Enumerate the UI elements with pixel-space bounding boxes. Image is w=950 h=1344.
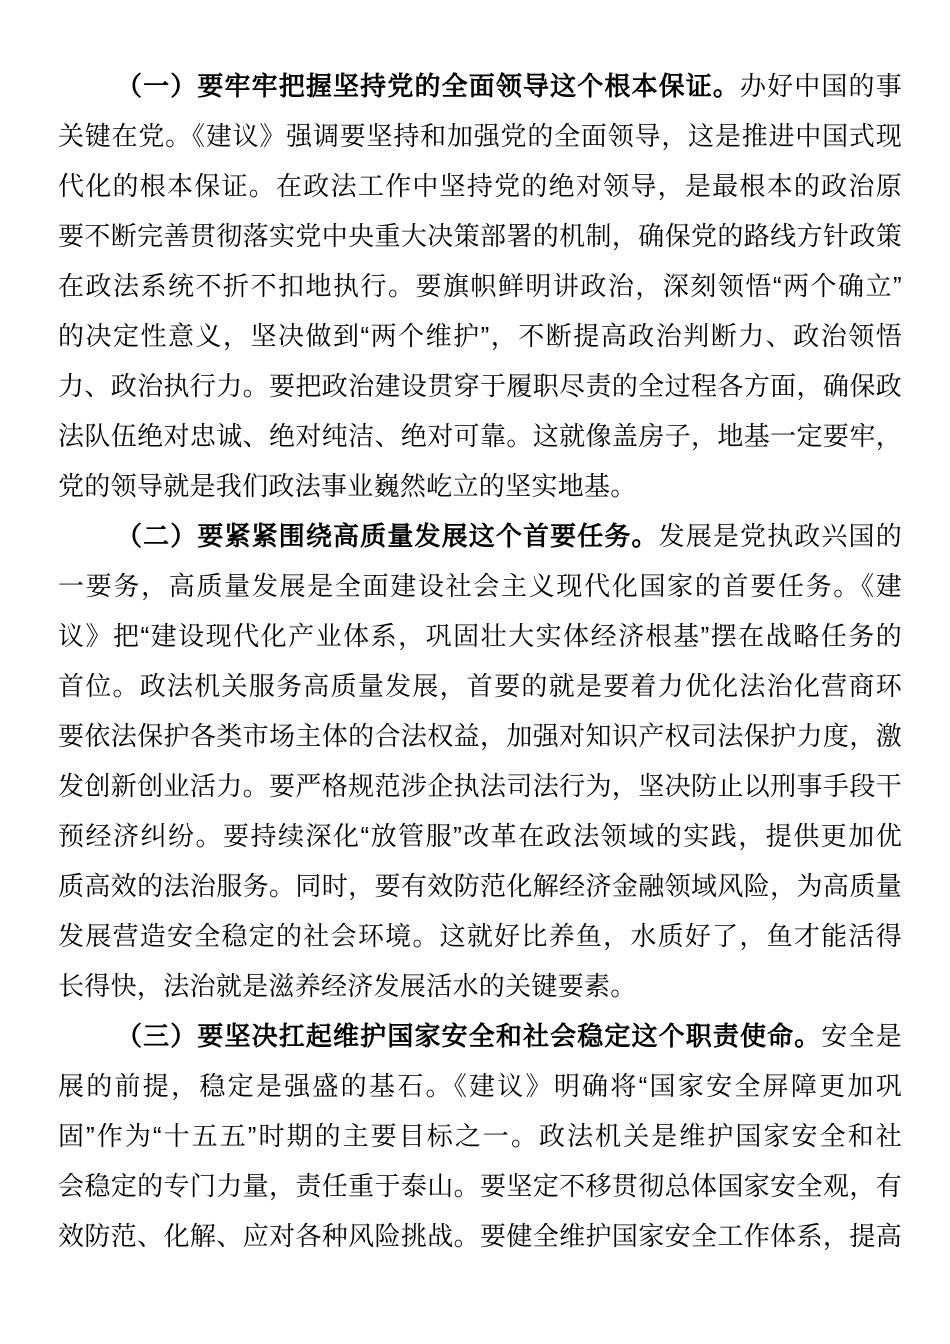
text-line: 预经济纠纷。要持续深化“放管服”改革在政法领域的实践，提供更加优 [58,811,902,861]
document-page: （一）要牢牢把握坚持党的全面领导这个根本保证。办好中国的事情，关键在党。《建议》… [0,0,950,1344]
text-line: 力、政治执行力。要把政治建设贯穿于履职尽责的全过程各方面，确保政 [58,361,902,411]
text-line: 代化的根本保证。在政法工作中坚持党的绝对领导，是最根本的政治原则。 [58,161,902,211]
paragraph-heading-text: （二）要紧紧围绕高质量发展这个首要任务。 [116,521,659,551]
body-text: 长得快，法治就是滋养经济发展活水的关键要素。 [58,971,637,1001]
body-text: 法队伍绝对忠诚、绝对纯洁、绝对可靠。这就像盖房子，地基一定要牢， [58,421,902,451]
body-text: 固”作为“十五五”时期的主要目标之一。政法机关是维护国家安全和社 [58,1121,902,1151]
text-line: 效防范、化解、应对各种风险挑战。要健全维护国家安全工作体系，提高 [58,1211,902,1261]
body-text: 要不断完善贯彻落实党中央重大决策部署的机制，确保党的路线方针政策 [58,221,902,251]
text-line: 要不断完善贯彻落实党中央重大决策部署的机制，确保党的路线方针政策 [58,211,902,261]
body-text: 一要务，高质量发展是全面建设社会主义现代化国家的首要任务。《建 [58,571,902,601]
paragraph-2: （二）要紧紧围绕高质量发展这个首要任务。发展是党执政兴国的第一要务，高质量发展是… [58,511,902,1011]
text-line: 长得快，法治就是滋养经济发展活水的关键要素。 [58,961,902,1011]
text-line: 法队伍绝对忠诚、绝对纯洁、绝对可靠。这就像盖房子，地基一定要牢， [58,411,902,461]
text-line: 一要务，高质量发展是全面建设社会主义现代化国家的首要任务。《建 [58,561,902,611]
text-line: 党的领导就是我们政法事业巍然屹立的坚实地基。 [58,461,902,511]
body-text: 效防范、化解、应对各种风险挑战。要健全维护国家安全工作体系，提高 [58,1221,902,1251]
text-line: 关键在党。《建议》强调要坚持和加强党的全面领导，这是推进中国式现 [58,111,902,161]
text-line: 质高效的法治服务。同时，要有效防范化解经济金融领域风险，为高质量 [58,861,902,911]
body-text: 预经济纠纷。要持续深化“放管服”改革在政法领域的实践，提供更加优 [58,821,902,851]
document-body: （一）要牢牢把握坚持党的全面领导这个根本保证。办好中国的事情，关键在党。《建议》… [58,61,902,1261]
body-text: 党的领导就是我们政法事业巍然屹立的坚实地基。 [58,471,637,501]
body-text: 议》把“建设现代化产业体系，巩固壮大实体经济根基”摆在战略任务的 [58,621,902,651]
text-line: 固”作为“十五五”时期的主要目标之一。政法机关是维护国家安全和社 [58,1111,902,1161]
body-text: 在政法系统不折不扣地执行。要旗帜鲜明讲政治，深刻领悟“两个确立” [58,271,902,301]
body-text: 发展营造安全稳定的社会环境。这就好比养鱼，水质好了，鱼才能活得欢、 [58,921,902,961]
body-text: 会稳定的专门力量，责任重于泰山。要坚定不移贯彻总体国家安全观，有 [58,1171,902,1201]
text-line: （一）要牢牢把握坚持党的全面领导这个根本保证。办好中国的事情， [58,61,902,111]
text-line: （二）要紧紧围绕高质量发展这个首要任务。发展是党执政兴国的第 [58,511,902,561]
body-text: 关键在党。《建议》强调要坚持和加强党的全面领导，这是推进中国式现 [58,121,902,151]
body-text: 的决定性意义，坚决做到“两个维护”，不断提高政治判断力、政治领悟 [58,321,902,351]
body-text: 发创新创业活力。要严格规范涉企执法司法行为，坚决防止以刑事手段干 [58,771,902,801]
body-text: 代化的根本保证。在政法工作中坚持党的绝对领导，是最根本的政治原则。 [58,171,902,211]
body-text: 要依法保护各类市场主体的合法权益，加强对知识产权司法保护力度，激 [58,721,902,751]
paragraph-heading-text: （三）要坚决扛起维护国家安全和社会稳定这个职责使命。 [116,1021,821,1051]
text-line: （三）要坚决扛起维护国家安全和社会稳定这个职责使命。安全是发 [58,1011,902,1061]
paragraph-heading-text: （一）要牢牢把握坚持党的全面领导这个根本保证。 [116,71,740,101]
text-line: 发创新创业活力。要严格规范涉企执法司法行为，坚决防止以刑事手段干 [58,761,902,811]
text-line: 要依法保护各类市场主体的合法权益，加强对知识产权司法保护力度，激 [58,711,902,761]
text-line: 展的前提，稳定是强盛的基石。《建议》明确将“国家安全屏障更加巩 [58,1061,902,1111]
document-viewport: { "page": { "background_color": "#ffffff… [0,0,950,1344]
body-text: 展的前提，稳定是强盛的基石。《建议》明确将“国家安全屏障更加巩 [58,1071,902,1101]
paragraph-3: （三）要坚决扛起维护国家安全和社会稳定这个职责使命。安全是发展的前提，稳定是强盛… [58,1011,902,1261]
text-line: 的决定性意义，坚决做到“两个维护”，不断提高政治判断力、政治领悟 [58,311,902,361]
body-text: 首位。政法机关服务高质量发展，首要的就是要着力优化法治化营商环境。 [58,671,902,711]
text-line: 会稳定的专门力量，责任重于泰山。要坚定不移贯彻总体国家安全观，有 [58,1161,902,1211]
body-text: 力、政治执行力。要把政治建设贯穿于履职尽责的全过程各方面，确保政 [58,371,902,401]
paragraph-1: （一）要牢牢把握坚持党的全面领导这个根本保证。办好中国的事情，关键在党。《建议》… [58,61,902,511]
text-line: 发展营造安全稳定的社会环境。这就好比养鱼，水质好了，鱼才能活得欢、 [58,911,902,961]
text-line: 首位。政法机关服务高质量发展，首要的就是要着力优化法治化营商环境。 [58,661,902,711]
text-line: 在政法系统不折不扣地执行。要旗帜鲜明讲政治，深刻领悟“两个确立” [58,261,902,311]
text-line: 议》把“建设现代化产业体系，巩固壮大实体经济根基”摆在战略任务的 [58,611,902,661]
body-text: 质高效的法治服务。同时，要有效防范化解经济金融领域风险，为高质量 [58,871,902,901]
